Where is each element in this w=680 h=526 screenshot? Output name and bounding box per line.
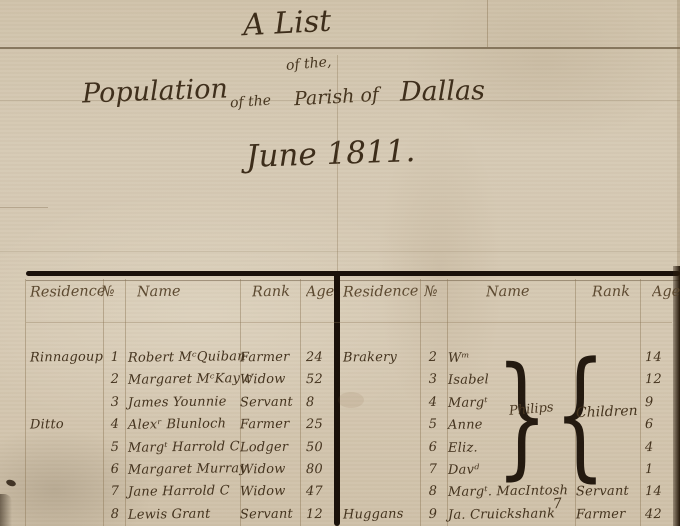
age-cell: 14 <box>641 481 675 503</box>
rank-cell: Servant <box>240 503 298 526</box>
residence-cell <box>343 369 419 392</box>
age-cell: 80 <box>302 459 336 481</box>
no-cell: 2 <box>104 369 126 391</box>
rank-cell: Farmer <box>240 414 298 437</box>
census-table-left: Rinnagoup1Robert MᶜQuibanFarmer242Margar… <box>28 347 335 526</box>
column-rule <box>25 279 26 526</box>
table-row: 5Margᵗ Harrold CLodger50 <box>28 437 335 459</box>
column-header-name-left: Name <box>137 284 181 311</box>
no-cell: 5 <box>104 436 126 458</box>
title-of-the-interline: of the, <box>285 54 332 74</box>
age-cell: 42 <box>641 504 675 526</box>
rank-cell: Widow <box>240 481 298 504</box>
rank-cell: Servant <box>240 391 298 414</box>
age-cell: 8 <box>302 392 336 414</box>
no-cell: 4 <box>104 414 126 436</box>
age-cell: 24 <box>302 347 336 369</box>
residence-cell <box>30 458 102 481</box>
name-cell: Jane Harrold C <box>128 481 238 505</box>
no-cell: 4 <box>421 392 445 414</box>
column-header-age-left: Age <box>306 284 334 310</box>
title-dallas: Dallas <box>400 75 485 107</box>
residence-cell <box>30 436 102 459</box>
no-cell: 9 <box>421 504 445 526</box>
table-row: 8Lewis GrantServant12 <box>28 504 335 526</box>
no-cell: 1 <box>104 347 126 369</box>
title-population: Population <box>82 73 229 109</box>
name-cell: Alexʳ Blunloch <box>128 413 238 437</box>
rank-cell: Widow <box>240 369 298 392</box>
page-centre-crease <box>337 55 338 271</box>
ruled-line-faint-1 <box>0 100 680 101</box>
ink-blot <box>5 479 16 488</box>
no-cell: 3 <box>104 392 126 414</box>
name-cell: Margaret Murray <box>128 458 238 482</box>
residence-cell: Huggans <box>343 503 419 526</box>
ruled-line-top <box>0 47 680 49</box>
column-header-no-right: № <box>424 284 438 310</box>
table-row: 7Jane Harrold CWidow47 <box>28 481 335 503</box>
residence-cell <box>30 481 102 504</box>
name-cell: James Younnie <box>128 391 238 415</box>
rank-cell: Lodger <box>240 436 298 459</box>
table-row: 3James YounnieServant8 <box>28 392 335 414</box>
column-header-age-right: Age <box>652 284 680 310</box>
rank-cell: Farmer <box>576 503 638 526</box>
no-cell: 7 <box>104 481 126 503</box>
ruled-line-top-vertical <box>487 0 488 47</box>
name-cell: Margᵗ Harrold C <box>128 436 238 460</box>
no-cell: 6 <box>421 436 445 458</box>
residence-cell <box>30 369 102 392</box>
no-cell: 5 <box>421 414 445 436</box>
table-row: Ditto4Alexʳ BlunlochFarmer25 <box>28 414 335 436</box>
age-cell: 9 <box>641 392 675 414</box>
age-cell: 1 <box>641 459 675 481</box>
age-cell: 50 <box>302 436 336 458</box>
residence-cell <box>343 436 419 459</box>
table-row: 6Margaret MurrayWidow80 <box>28 459 335 481</box>
column-header-rank-right: Rank <box>592 284 630 311</box>
table-top-rule <box>26 271 680 276</box>
age-cell: 47 <box>302 481 336 503</box>
age-cell: 4 <box>641 436 675 458</box>
residence-cell <box>343 414 419 437</box>
manuscript-page: A List of the, Population of the Parish … <box>0 0 680 526</box>
column-header-name-right: Name <box>486 284 530 311</box>
column-header-rank-left: Rank <box>252 284 290 311</box>
family-brace-mark: 7 <box>552 496 563 513</box>
age-cell: 25 <box>302 414 336 436</box>
title-a-list: A List <box>242 4 332 44</box>
paper-smudge <box>338 392 364 408</box>
age-cell: 12 <box>641 369 675 391</box>
no-cell: 8 <box>421 481 445 503</box>
residence-cell <box>343 481 419 504</box>
column-header-residence-left: Residence <box>30 283 106 310</box>
no-cell: 8 <box>104 504 126 526</box>
rank-cell: Farmer <box>240 347 298 370</box>
no-cell: 7 <box>421 459 445 481</box>
residence-cell <box>343 458 419 481</box>
residence-cell: Brakery <box>343 346 419 369</box>
residence-cell <box>30 391 102 414</box>
name-cell: Lewis Grant <box>128 503 238 526</box>
age-cell: 52 <box>302 369 336 391</box>
table-row: Huggans9Ja. CruickshankFarmer42 <box>341 504 673 526</box>
ruled-line-faint-2 <box>0 207 48 208</box>
title-date: June 1811. <box>245 133 415 175</box>
corner-shadow <box>0 494 12 526</box>
residence-cell: Rinnagoup <box>30 346 102 369</box>
table-row: 2Margaret MᶜKay cWidow52 <box>28 369 335 391</box>
no-cell: 3 <box>421 369 445 391</box>
no-cell: 6 <box>104 459 126 481</box>
residence-cell: Ditto <box>30 414 102 437</box>
family-rank-label: Children <box>576 403 638 421</box>
no-cell: 2 <box>421 347 445 369</box>
residence-cell <box>30 503 102 526</box>
rank-cell: Widow <box>240 459 298 482</box>
name-cell: Margaret MᶜKay c <box>128 369 238 393</box>
title-of-the-mid: of the <box>229 93 271 112</box>
age-cell: 12 <box>302 504 336 526</box>
age-cell: 6 <box>641 414 675 436</box>
name-cell: Robert MᶜQuiban <box>128 346 238 370</box>
column-header-no-left: № <box>101 284 115 310</box>
age-cell: 14 <box>641 347 675 369</box>
column-header-residence-right: Residence <box>343 283 419 310</box>
ruled-line-faint-3 <box>0 251 680 252</box>
header-underline <box>26 322 672 323</box>
table-row: Rinnagoup1Robert MᶜQuibanFarmer24 <box>28 347 335 369</box>
